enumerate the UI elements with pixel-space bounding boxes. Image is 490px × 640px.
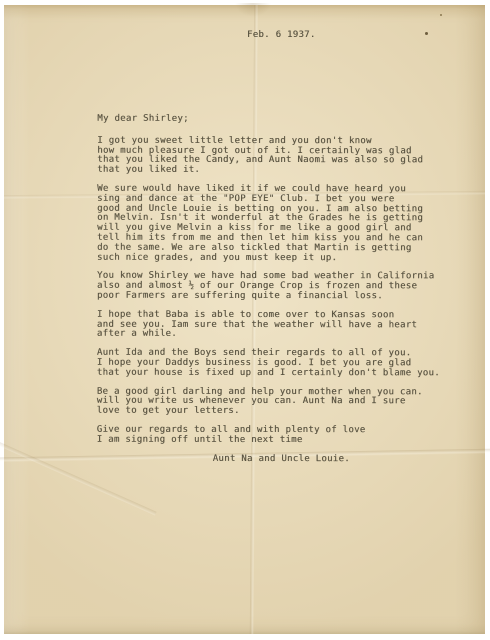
fold-crease-top-edge: [235, 3, 271, 17]
letter-paragraph: Be a good girl darling and help your mot…: [97, 387, 440, 417]
letter-paragraph: I hope that Baba is able to come over to…: [97, 310, 440, 340]
letter-signature: Aunt Na and Uncle Louie.: [213, 454, 440, 464]
letter-paragraph: Aunt Ida and the Boys send their regards…: [97, 349, 440, 379]
letter-salutation: My dear Shirley;: [97, 115, 440, 125]
letter-paragraph: Give our regards to all and with plenty …: [97, 426, 440, 446]
paper-speck: [440, 14, 442, 16]
paper-speck: [425, 32, 428, 35]
letter-body: My dear Shirley; I got you sweet little …: [97, 115, 441, 465]
letter-paragraph: We sure would have liked it if we could …: [97, 185, 440, 264]
letter-date: Feb. 6 1937.: [247, 31, 316, 41]
scanned-letter: Feb. 6 1937. My dear Shirley; I got you …: [0, 0, 490, 640]
letter-paragraph: I got you sweet little letter and you do…: [97, 136, 440, 176]
letter-paragraph: You know Shirley we have had some bad we…: [97, 272, 440, 302]
